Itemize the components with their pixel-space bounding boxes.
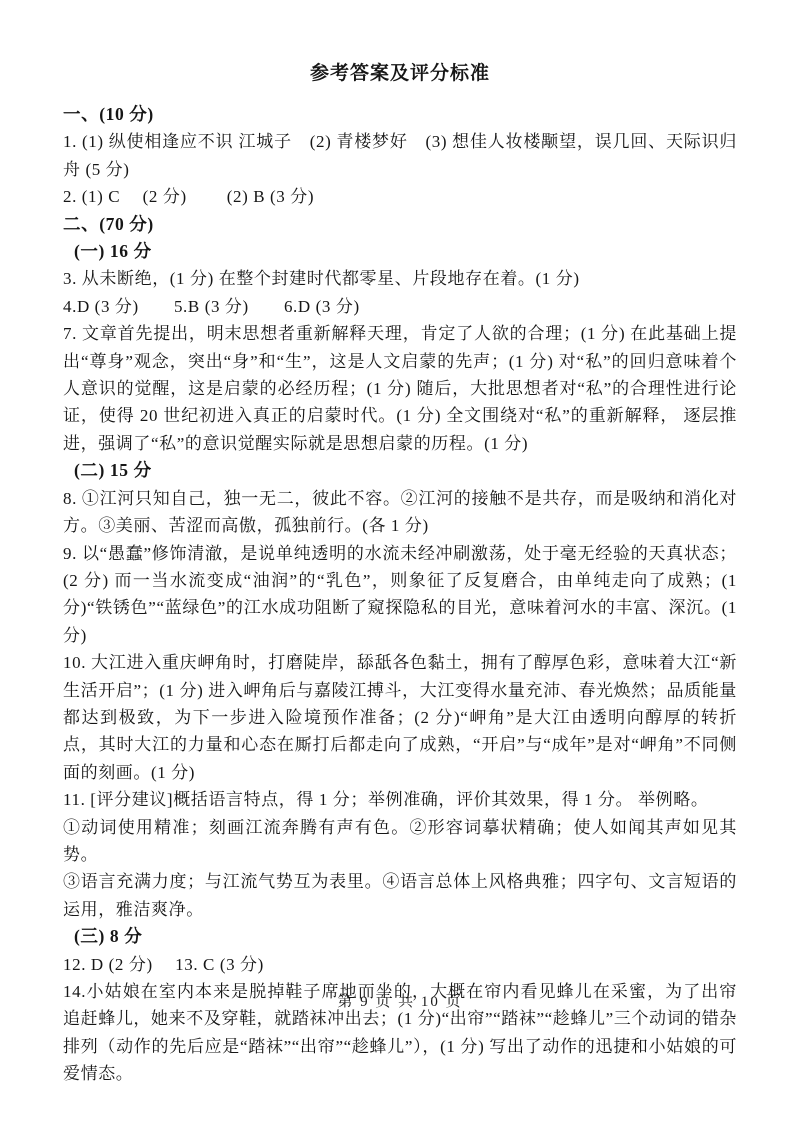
section-heading: (一) 16 分	[63, 238, 737, 265]
answer-paragraph: 9. 以“愚蠢”修饰清澈，是说单纯透明的水流未经冲刷激荡，处于毫无经验的天真状态…	[63, 540, 737, 650]
section-heading: (三) 8 分	[63, 923, 737, 950]
page-number-footer: 第 9 页 共 10 页	[0, 990, 800, 1011]
answer-paragraph: ①动词使用精准；刻画江流奔腾有声有色。②形容词摹状精确；使人如闻其声如见其势。	[63, 814, 737, 869]
answer-paragraph: 11. [评分建议]概括语言特点，得 1 分；举例准确，评价其效果，得 1 分。…	[63, 786, 737, 813]
answer-paragraph: ③语言充满力度；与江流气势互为表里。④语言总体上风格典雅；四字句、文言短语的运用…	[63, 868, 737, 923]
answer-paragraph: 10. 大江进入重庆岬角时，打磨陡岸，舔舐各色黏土，拥有了醇厚色彩，意味着大江“…	[63, 649, 737, 786]
document-page: 参考答案及评分标准 一、(10 分)1. (1) 纵使相逢应不识 江城子 (2)…	[0, 0, 800, 1131]
section-heading: 二、(70 分)	[63, 211, 737, 238]
answer-paragraph: 4.D (3 分) 5.B (3 分) 6.D (3 分)	[63, 293, 737, 320]
answer-paragraph: 2. (1) C (2 分) (2) B (3 分)	[63, 183, 737, 210]
answer-paragraph: 12. D (2 分) 13. C (3 分)	[63, 951, 737, 978]
section-heading: (二) 15 分	[63, 457, 737, 484]
page-title: 参考答案及评分标准	[0, 0, 800, 85]
section-heading: 一、(10 分)	[63, 101, 737, 128]
answer-paragraph: 1. (1) 纵使相逢应不识 江城子 (2) 青楼梦好 (3) 想佳人妆楼颙望，…	[63, 128, 737, 183]
answer-paragraph: 8. ①江河只知自己，独一无二，彼此不容。②江河的接触不是共存，而是吸纳和消化对…	[63, 485, 737, 540]
answer-paragraph: 7. 文章首先提出，明末思想者重新解释天理，肯定了人欲的合理；(1 分) 在此基…	[63, 320, 737, 457]
answer-paragraph: 3. 从未断绝，(1 分) 在整个封建时代都零星、片段地存在着。(1 分)	[63, 265, 737, 292]
answers-content: 一、(10 分)1. (1) 纵使相逢应不识 江城子 (2) 青楼梦好 (3) …	[0, 85, 800, 1088]
